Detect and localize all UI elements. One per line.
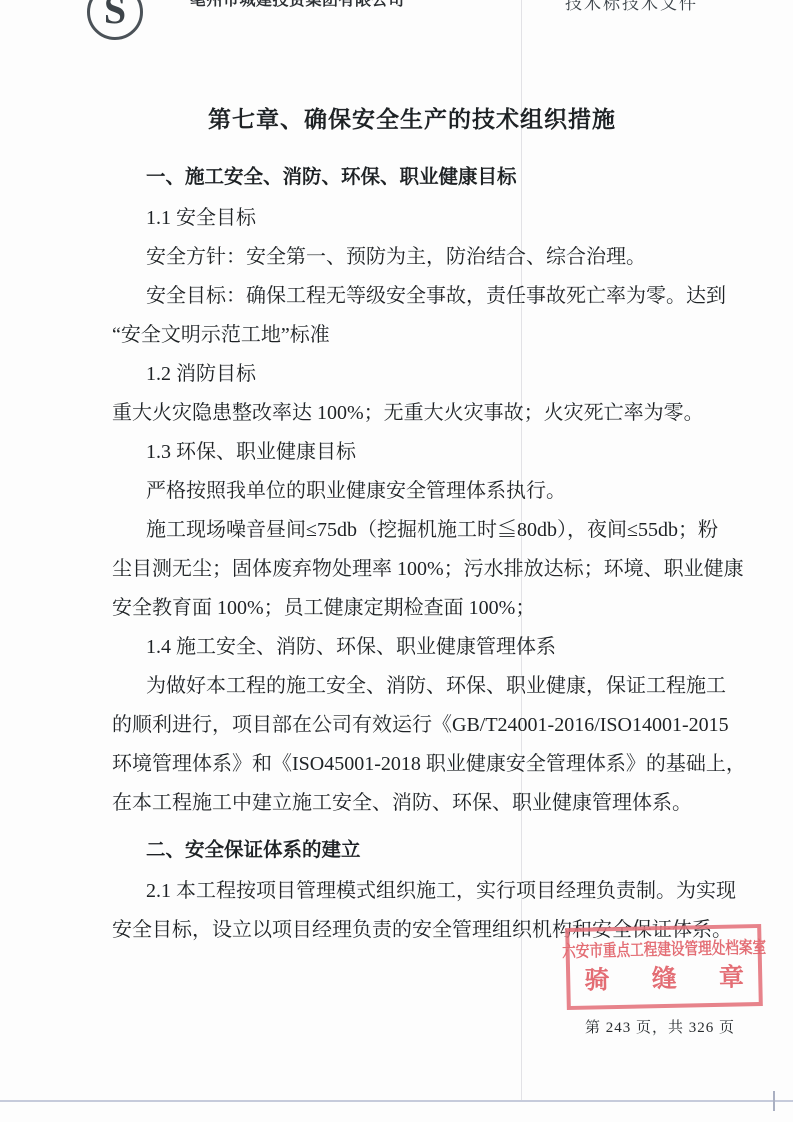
logo-letter: S [104, 0, 126, 30]
page-number: 第 243 页，共 326 页 [585, 1016, 735, 1037]
text-line: 尘目测无尘；固体废弃物处理率 100%；污水排放达标；环境、职业健康 [112, 550, 712, 589]
header-company-name: 亳州市城建投资集团有限公司 [190, 0, 405, 10]
text-line: 安全教育面 100%；员工健康定期检查面 100%； [112, 589, 712, 628]
bottom-scan-rule [0, 1100, 793, 1102]
text-line: 重大火灾隐患整改率达 100%；无重大火灾事故；火灾死亡率为零。 [112, 394, 712, 433]
section-heading-2: 二、安全保证体系的建立 [112, 831, 712, 870]
text-line: 严格按照我单位的职业健康安全管理体系执行。 [112, 472, 712, 511]
subheading-1-4: 1.4 施工安全、消防、环保、职业健康管理体系 [112, 628, 712, 667]
company-logo-icon: S [87, 0, 143, 40]
chapter-title: 第七章、确保安全生产的技术组织措施 [112, 101, 712, 134]
subheading-1-3: 1.3 环保、职业健康目标 [112, 433, 712, 472]
text-line: “安全文明示范工地”标准 [112, 316, 712, 355]
text-line: 安全目标：确保工程无等级安全事故，责任事故死亡率为零。达到 [112, 277, 712, 316]
scanned-document-page: S 亳州市城建投资集团有限公司 技术标技术文件 第七章、确保安全生产的技术组织措… [0, 0, 793, 1122]
stamp-office-name: 六安市重点工程建设管理处档案室 [561, 937, 765, 963]
page-header: S 亳州市城建投资集团有限公司 技术标技术文件 [0, 0, 793, 52]
document-body: 一、施工安全、消防、环保、职业健康目标 1.1 安全目标 安全方针：安全第一、预… [112, 150, 712, 950]
subheading-1-1: 1.1 安全目标 [112, 199, 712, 238]
text-line: 在本工程施工中建立施工安全、消防、环保、职业健康管理体系。 [112, 784, 712, 823]
bottom-scan-tick [773, 1091, 775, 1111]
stamp-seal-type: 骑 缝 章 [566, 962, 762, 996]
text-line: 2.1 本工程按项目管理模式组织施工，实行项目经理负责制。为实现 [112, 872, 712, 911]
section-heading-1: 一、施工安全、消防、环保、职业健康目标 [112, 158, 712, 197]
text-line: 的顺利进行，项目部在公司有效运行《GB/T24001-2016/ISO14001… [112, 706, 712, 745]
text-line: 施工现场噪音昼间≤75db（挖掘机施工时≦80db），夜间≤55db；粉 [112, 511, 712, 550]
text-line: 为做好本工程的施工安全、消防、环保、职业健康，保证工程施工 [112, 667, 712, 706]
text-line: 安全方针：安全第一、预防为主，防治结合、综合治理。 [112, 238, 712, 277]
header-doc-type: 技术标技术文件 [565, 0, 698, 14]
archive-seal-stamp: 六安市重点工程建设管理处档案室 骑 缝 章 [565, 924, 763, 1010]
text-line: 环境管理体系》和《ISO45001-2018 职业健康安全管理体系》的基础上， [112, 745, 712, 784]
subheading-1-2: 1.2 消防目标 [112, 355, 712, 394]
